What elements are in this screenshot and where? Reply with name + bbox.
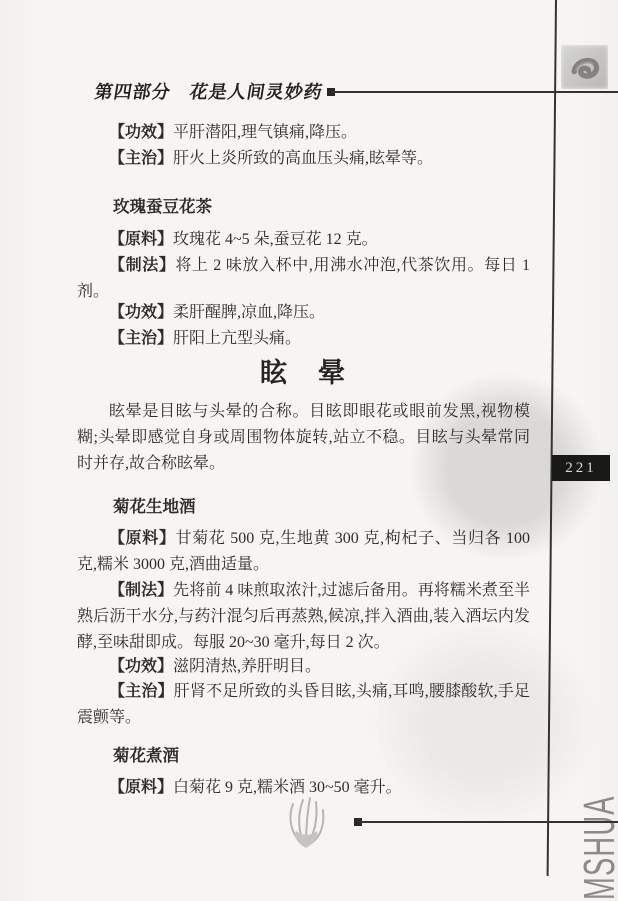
chapter-running-header: 第四部分 花是人间灵妙药 [93,78,325,104]
recipe-effect-line: 【功效】柔肝醒脾,凉血,降压。 [77,300,530,326]
leaf-icon [280,792,332,855]
recipe-method-line: 【制法】将上 2 味放入杯中,用沸水冲泡,代茶饮用。每日 1 剂。 [77,253,530,305]
ingredients-label: 【原料】 [109,231,173,248]
effect-label: 【功效】 [109,304,173,321]
recipe-ingredients-line: 【原料】甘菊花 500 克,生地黄 300 克,枸杞子、当归各 100 克,糯米… [77,526,530,578]
ingredients-text: 玫瑰花 4~5 朵,蚕豆花 12 克。 [173,231,378,248]
recipe-effect-line: 【功效】平肝潜阳,理气镇痛,降压。 [77,120,530,146]
chapter-intro-text: 眩晕是目眩与头晕的合称。目眩即眼花或眼前发黑,视物模糊;头晕即感觉自身或周围物体… [77,399,530,477]
chapter-intro: 眩晕是目眩与头晕的合称。目眩即眼花或眼前发黑,视物模糊;头晕即感觉自身或周围物体… [77,399,530,477]
chapter-title: 眩 晕 [77,356,530,390]
recipe-indication-line: 【主治】肝阳上亢型头痛。 [77,326,530,352]
indication-label: 【主治】 [109,330,173,347]
recipe-effect-line: 【功效】滋阴清热,养肝明目。 [77,654,530,680]
indication-label: 【主治】 [109,150,173,167]
effect-text: 柔肝醒脾,凉血,降压。 [173,304,325,321]
recipe-title-chrysanthemum-boiled-wine: 菊花煮酒 [77,743,530,769]
recipe-indication-line: 【主治】肝肾不足所致的头昏目眩,头痛,耳鸣,腰膝酸软,手足震颤等。 [77,679,530,731]
recipe-ingredients-line: 【原料】白菊花 9 克,糯米酒 30~50 毫升。 [77,775,530,801]
page-number: 221 [565,460,597,476]
shell-icon [561,45,608,89]
method-label: 【制法】 [109,582,173,599]
effect-label: 【功效】 [109,124,173,141]
method-label: 【制法】 [109,257,175,274]
recipe-indication-line: 【主治】肝火上炎所致的高血压头痛,眩晕等。 [77,146,530,172]
ingredients-label: 【原料】 [109,779,173,796]
header-rule [331,91,618,93]
page-number-tab: 221 [552,455,610,481]
effect-text: 滋阴清热,养肝明目。 [173,658,321,675]
indication-text: 肝阳上亢型头痛。 [173,330,301,347]
indication-text: 肝火上炎所致的高血压头痛,眩晕等。 [173,150,433,167]
recipe-title-chrysanthemum-rehmannia-wine: 菊花生地酒 [77,494,530,520]
effect-label: 【功效】 [109,658,173,675]
effect-text: 平肝潜阳,理气镇痛,降压。 [173,124,357,141]
recipe-method-line: 【制法】先将前 4 味煎取浓汁,过滤后备用。再将糯米煮至半熟后沥干水分,与药汁混… [77,578,530,656]
footer-rule [358,821,618,823]
publisher-watermark: MSHUA [578,795,618,900]
recipe-ingredients-line: 【原料】玫瑰花 4~5 朵,蚕豆花 12 克。 [77,227,530,253]
ingredients-text: 白菊花 9 克,糯米酒 30~50 毫升。 [173,779,402,796]
scanned-book-page: { "header": { "title": "第四部分 花是人间灵妙药" },… [0,0,618,901]
indication-label: 【主治】 [109,683,174,700]
recipe-title-rose-broadbean-tea: 玫瑰蚕豆花茶 [77,194,530,220]
ingredients-label: 【原料】 [109,530,176,547]
